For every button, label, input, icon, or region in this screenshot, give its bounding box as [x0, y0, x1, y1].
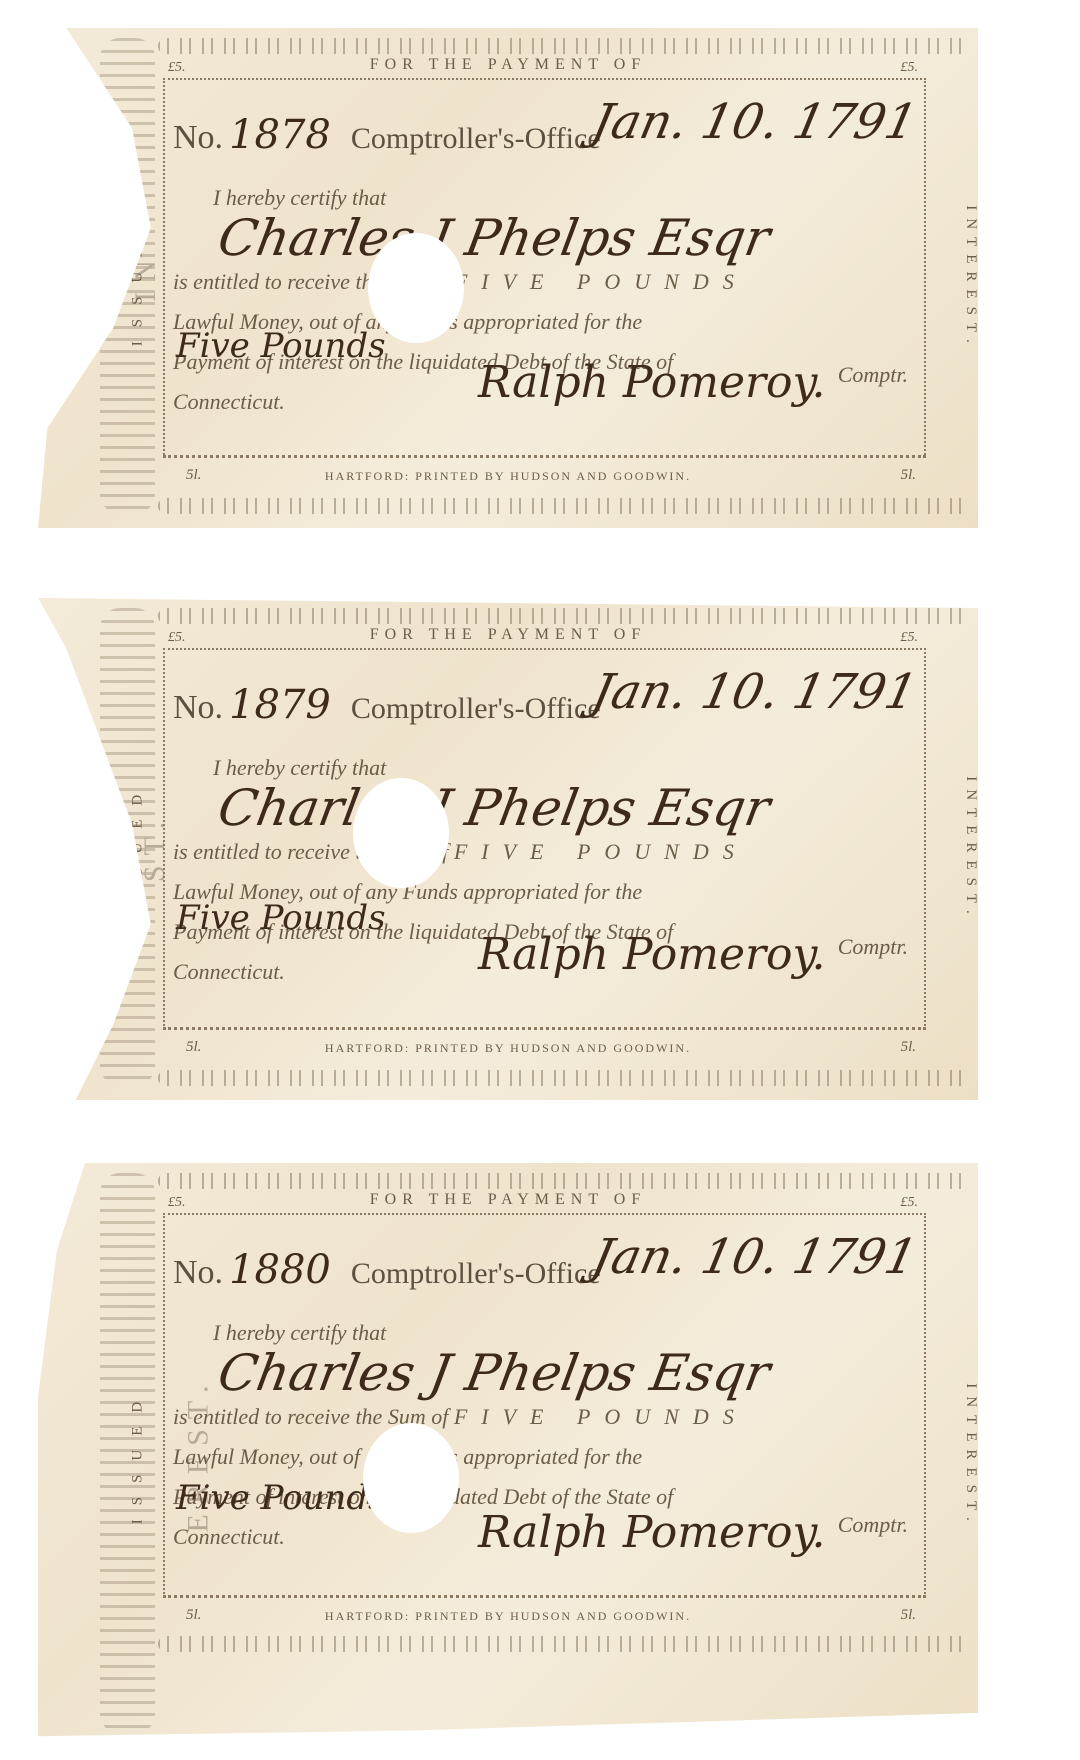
office-label: Comptroller's-Office [351, 122, 601, 155]
side-label-issued: ISSUED [130, 781, 147, 918]
office-label: Comptroller's-Office [351, 1257, 601, 1290]
sum-words: FIVE POUNDS [454, 839, 748, 864]
cancellation-hole [353, 778, 449, 888]
certify-text: I hereby certify that [213, 185, 386, 210]
payee-name: Charles J Phelps Esqr [215, 218, 772, 258]
signature-title: Comptr. [838, 934, 908, 960]
cancellation-hole [368, 233, 464, 343]
amount-written: Five Pounds [176, 1478, 386, 1518]
certify-text: I hereby certify that [213, 1320, 386, 1345]
comptroller-signature: Ralph Pomeroy. [478, 929, 826, 980]
footer-rule [163, 455, 926, 458]
comptroller-signature: Ralph Pomeroy. [478, 1507, 826, 1558]
ornamental-border-bottom [158, 498, 968, 514]
certificate-1879: ST. ISSUED INTEREST. £5. £5. FOR THE PAY… [38, 598, 978, 1100]
side-label-interest: INTEREST. [962, 776, 979, 921]
payee-name: Charles J Phelps Esqr [215, 788, 772, 828]
ornamental-border-bottom [158, 1070, 968, 1086]
certificate-1878: IN ISSUED INTEREST. £5. £5. FOR THE PAYM… [38, 28, 978, 528]
ornamental-border-top [158, 38, 968, 54]
printer-imprint: HARTFORD: PRINTED BY HUDSON AND GOODWIN. [38, 1041, 978, 1056]
office-label: Comptroller's-Office [351, 692, 601, 725]
cancellation-hole [363, 1423, 459, 1533]
side-label-issued: ISSUED [130, 210, 147, 347]
printer-imprint: HARTFORD: PRINTED BY HUDSON AND GOODWIN. [38, 469, 978, 484]
ornamental-border-left: EREST. [100, 1173, 155, 1734]
header-for-payment: FOR THE PAYMENT OF [38, 626, 978, 644]
sum-words: FIVE POUNDS [454, 1404, 748, 1429]
side-label-interest: INTEREST. [962, 1383, 979, 1528]
header-for-payment: FOR THE PAYMENT OF [38, 1191, 978, 1209]
signature-title: Comptr. [838, 362, 908, 388]
certificate-number: 1878 [229, 112, 331, 158]
ornamental-border-bottom [158, 1636, 968, 1652]
certificate-1880: EREST. ISSUED INTEREST. £5. £5. FOR THE … [38, 1163, 978, 1748]
ornamental-border-left: ST. [100, 608, 155, 1086]
body-line-3: Lawful Money, out of any Funds appropria… [173, 1437, 916, 1477]
certify-text: I hereby certify that [213, 755, 386, 780]
number-line: No.1878Comptroller's-Office [173, 112, 601, 158]
payee-name: Charles J Phelps Esqr [215, 1353, 772, 1393]
printer-imprint: HARTFORD: PRINTED BY HUDSON AND GOODWIN. [38, 1609, 978, 1624]
side-label-interest: INTEREST. [962, 205, 979, 350]
footer-rule [163, 1027, 926, 1030]
amount-written: Five Pounds [176, 898, 386, 938]
signature-title: Comptr. [838, 1512, 908, 1538]
issue-date: Jan. 10. 1791 [587, 94, 922, 150]
issue-date: Jan. 10. 1791 [587, 664, 922, 720]
ornamental-border-top [158, 608, 968, 624]
number-line: No.1879Comptroller's-Office [173, 682, 601, 728]
header-for-payment: FOR THE PAYMENT OF [38, 56, 978, 74]
side-label-issued: ISSUED [130, 1387, 147, 1524]
comptroller-signature: Ralph Pomeroy. [478, 357, 826, 408]
amount-written: Five Pounds [176, 326, 386, 366]
ornamental-border-top [158, 1173, 968, 1189]
ornamental-border-left: IN [100, 38, 155, 514]
no-label: No. [173, 1254, 223, 1291]
issue-date: Jan. 10. 1791 [587, 1229, 922, 1285]
sum-words: FIVE POUNDS [454, 269, 748, 294]
certificate-number: 1880 [229, 1247, 331, 1293]
no-label: No. [173, 119, 223, 156]
number-line: No.1880Comptroller's-Office [173, 1247, 601, 1293]
certificate-number: 1879 [229, 682, 331, 728]
no-label: No. [173, 689, 223, 726]
footer-rule [163, 1595, 926, 1598]
